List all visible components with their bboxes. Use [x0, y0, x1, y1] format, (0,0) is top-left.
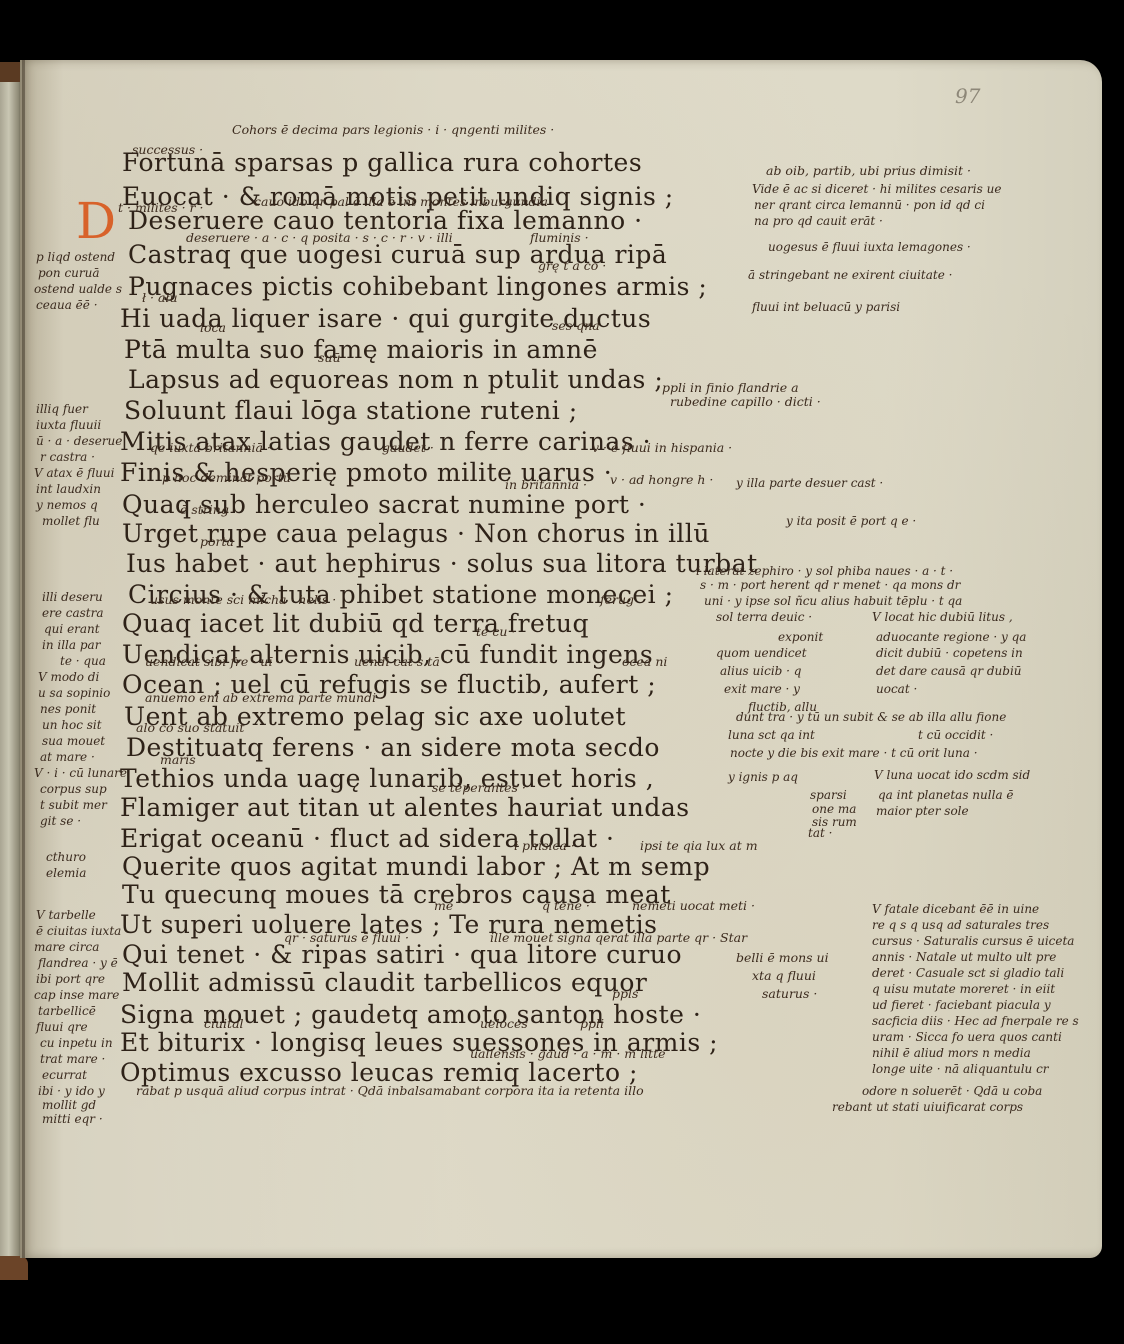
interlinear-gloss: belli ē mons ui [736, 950, 829, 965]
margin-gloss: q uisu mutate moreret · in eiit [872, 982, 1055, 996]
interlinear-gloss: loca [200, 320, 226, 335]
margin-gloss: exponit [778, 630, 823, 644]
margin-gloss: longe uite · nā aliquantulu cr [872, 1062, 1049, 1076]
margin-gloss: one ma [812, 802, 856, 816]
margin-gloss: V atax ē fluui [34, 466, 114, 480]
margin-gloss: re q s q usq ad saturales tres [872, 918, 1049, 932]
bottom-gloss-line: rabat p usquā aliud corpus intrat · Qdā … [136, 1083, 644, 1098]
interlinear-gloss: te cu · [476, 624, 515, 639]
margin-gloss: elemia [46, 866, 86, 880]
interlinear-gloss: usus monte sci micha · helis · [150, 592, 336, 607]
interlinear-gloss: se tēperantes · [432, 780, 526, 795]
margin-gloss: fluui qre [36, 1020, 88, 1034]
margin-gloss: cap inse mare [34, 988, 119, 1002]
margin-gloss: dunt tra · y tū un subit & se ab illa al… [736, 710, 1006, 724]
verse-line: Querite quos agitat mundi labor ; At m s… [122, 852, 710, 881]
folio-number: 97 [955, 84, 980, 108]
margin-gloss: dicit dubiū · copetens in [876, 646, 1023, 660]
interlinear-gloss: ocea ni [622, 654, 667, 669]
margin-gloss: mitti eqr · [42, 1112, 103, 1126]
gutter-shadow [22, 60, 25, 1258]
interlinear-gloss: qe iuxta britanniā · [150, 440, 271, 455]
interlinear-gloss: ciuital [204, 1016, 244, 1031]
margin-gloss: u sa sopinio [38, 686, 110, 700]
interlinear-gloss: cauo ido qr pal ē illa ē int montes inbu… [254, 194, 548, 209]
margin-gloss: mollet flu [42, 514, 100, 528]
margin-gloss: uocat · [876, 682, 917, 696]
margin-gloss: ā stringebant ne exirent ciuitate · [748, 268, 952, 282]
verse-line: Lapsus ad equoreas nom n ptulit undas ; [128, 365, 663, 394]
margin-gloss: ibi · y ido y [38, 1084, 105, 1098]
margin-gloss: s · m · port herent qd r menet · qa mons… [700, 578, 960, 592]
interlinear-gloss: v · ē fluui in hispania · [592, 440, 732, 455]
margin-gloss: det dare causā qr dubiū [876, 664, 1022, 678]
margin-gloss: ner qrant circa lemannū · pon id qd ci [754, 198, 985, 212]
interlinear-gloss: nemeti uocat meti · [632, 898, 755, 913]
book-binding-bottom [0, 1256, 28, 1280]
margin-gloss: t subit mer [40, 798, 107, 812]
margin-gloss: p liqd ostend [36, 250, 115, 264]
verse-line: Ius habet · aut hephirus · solus sua lit… [126, 549, 758, 578]
margin-gloss: illi deseru [42, 590, 103, 604]
margin-gloss: ostend ualde s [34, 282, 122, 296]
verse-line: Quaq iacet lit dubiū qd terra fretuq [122, 609, 589, 638]
margin-gloss: r castra · [40, 450, 95, 464]
verse-line: Ptā multa suo famę maioris in amnē [124, 335, 598, 364]
verse-line: Mollit admissū claudit tarbellicos equor [122, 968, 647, 997]
verse-line: Soluunt flaui lōga statione ruteni ; [124, 396, 578, 425]
margin-gloss: nocte y die bis exit mare · t cū orit lu… [730, 746, 978, 760]
margin-gloss: rebant ut stati uiuificarat corps [832, 1100, 1023, 1114]
margin-gloss: nihil ē aliud mors n media [872, 1046, 1031, 1060]
previous-page-edge [0, 82, 22, 1257]
interlinear-gloss: porta [200, 534, 234, 549]
margin-gloss: ū · a · deserue [36, 434, 122, 448]
margin-gloss: mare circa [34, 940, 99, 954]
margin-gloss: ł laterat zephiro · y sol phiba naues · … [696, 564, 953, 578]
interlinear-gloss: t · milites · r · [118, 200, 203, 215]
interlinear-gloss: maris [160, 752, 196, 767]
margin-gloss: cursus · Saturalis cursus ē uiceta [872, 934, 1074, 948]
margin-gloss: V modo di [38, 670, 99, 684]
margin-gloss: quom uendicet [716, 646, 807, 660]
margin-gloss: int laudxin [36, 482, 101, 496]
margin-gloss: trat mare · [40, 1052, 105, 1066]
interlinear-gloss: ab oib, partib, ubi prius dimisit · [766, 163, 971, 178]
margin-gloss: ecurrat [42, 1068, 87, 1082]
interlinear-gloss: ille mouet signa qerat illa parte qr · S… [490, 930, 747, 945]
margin-gloss: y nemos q [36, 498, 98, 512]
interlinear-gloss: xta q fluui [752, 968, 816, 983]
margin-gloss: y ita posit ē port q e · [786, 514, 916, 528]
interlinear-gloss: fluminis · [530, 230, 589, 245]
interlinear-gloss: ł phisica · [514, 838, 575, 853]
margin-gloss: uni · y ipse sol ñcu alius habuit tēplu … [704, 594, 962, 608]
margin-gloss: ē ciuitas iuxta [36, 924, 121, 938]
margin-gloss: iuxta fluuii [36, 418, 101, 432]
interlinear-gloss: p hoc deminat portū [162, 470, 291, 485]
interlinear-gloss: ppli [580, 1016, 604, 1031]
margin-gloss: mollit gd [42, 1098, 96, 1112]
interlinear-gloss: uendi cat s tā · [354, 654, 448, 669]
margin-gloss: flandrea · y ē [38, 956, 118, 970]
margin-gloss: illiq fuer [36, 402, 88, 416]
margin-gloss: cu inpetu in [40, 1036, 113, 1050]
margin-gloss: deret · Casuale sct si gladio tali [872, 966, 1064, 980]
margin-gloss: V luna uocat ido scdm sid [874, 768, 1030, 782]
interlinear-gloss: ē string [180, 502, 229, 517]
margin-gloss: ceaua ēē · [36, 298, 98, 312]
margin-gloss: tarbellicē [38, 1004, 96, 1018]
interlinear-gloss: q tene · [542, 898, 590, 913]
verse-line: Pugnaces pictis cohibebant lingones armi… [128, 272, 707, 301]
margin-gloss: t cū occidit · [918, 728, 993, 742]
interlinear-gloss: ppli in finio flandrie a [662, 380, 799, 395]
verse-line: Destituatq ferens · an sidere mota secdo [126, 733, 660, 762]
margin-gloss: pon curuā [38, 266, 100, 280]
margin-gloss: annis · Natale ut multo ult pre [872, 950, 1056, 964]
interlinear-gloss: grę t a co · [538, 258, 606, 273]
margin-gloss: odore n soluerēt · Qdā u coba [862, 1084, 1042, 1098]
interlinear-gloss: qr · saturus ē fluui · [284, 930, 409, 945]
rubricated-initial: D [76, 196, 116, 246]
interlinear-gloss: ueloces [480, 1016, 528, 1031]
margin-gloss: maior pter sole [876, 804, 969, 818]
margin-gloss: qa int planetas nulla ē [878, 788, 1014, 802]
margin-gloss: git se · [40, 814, 81, 828]
margin-gloss: cthuro [46, 850, 86, 864]
interlinear-gloss: suū [318, 350, 341, 365]
margin-gloss: te · qua [60, 654, 106, 668]
interlinear-gloss: successus · [132, 142, 203, 157]
interlinear-gloss: ses qna [552, 318, 600, 333]
margin-gloss: ibi port qre [36, 972, 105, 986]
margin-gloss: V fatale dicebant ēē in uine [872, 902, 1039, 916]
margin-gloss: V tarbelle [36, 908, 96, 922]
interlinear-gloss: alo co suo statuit [136, 720, 244, 735]
interlinear-gloss: anuemo enī ab extrema parte mundi · [145, 690, 384, 705]
margin-gloss: uram · Sicca fo uera quos canti [872, 1030, 1062, 1044]
margin-gloss: at mare · [40, 750, 95, 764]
margin-gloss: sparsi [810, 788, 847, 802]
verse-line: Flamiger aut titan ut alentes hauriat un… [120, 793, 690, 822]
interlinear-gloss: in britannia · [505, 477, 587, 492]
margin-gloss: ud fieret · faciebant piacula y [872, 998, 1051, 1012]
margin-gloss: exit mare · y [724, 682, 800, 696]
margin-gloss: tat · [808, 826, 832, 840]
interlinear-gloss: Cohors ē decima pars legionis · i · qnge… [232, 122, 554, 137]
margin-gloss: aduocante regione · y qa [876, 630, 1026, 644]
interlinear-gloss: ł · ału [142, 290, 178, 305]
margin-gloss: sol terra deuic · [716, 610, 812, 624]
interlinear-gloss: ppls [612, 986, 638, 1001]
margin-gloss: in illa par [42, 638, 100, 652]
interlinear-gloss: ipsi te qia lux at m [640, 838, 758, 853]
interlinear-gloss: v · ad hongre h · [610, 472, 713, 487]
interlinear-gloss: saturus · [762, 986, 817, 1001]
margin-gloss: y ignis p aq [728, 770, 798, 784]
verse-line: Tethios unda uagę lunarib, estuet horis … [120, 764, 654, 793]
margin-gloss: fluui int beluacū y parisi [752, 300, 900, 314]
margin-gloss: un hoc sit [42, 718, 102, 732]
interlinear-gloss: deseruere · a · c · q posita · s · c · r… [186, 230, 453, 245]
margin-gloss: Vide ē ac si diceret · hi milites cesari… [752, 182, 1001, 196]
margin-gloss: luna sct qa int [728, 728, 815, 742]
interlinear-gloss: uallensis · gaud · a · m · m litte [470, 1046, 666, 1061]
margin-gloss: alius uicib · q [720, 664, 801, 678]
margin-gloss: sua mouet [42, 734, 105, 748]
margin-gloss: qui erant [44, 622, 100, 636]
margin-gloss: y illa parte desuer cast · [736, 476, 883, 490]
margin-gloss: ere castra [42, 606, 104, 620]
interlinear-gloss: uendicat sibi fre · uī · [145, 654, 280, 669]
margin-gloss: V · i · cū lunare [34, 766, 127, 780]
interlinear-gloss: gaudet · [382, 440, 434, 455]
margin-gloss: V locat hic dubiū litus , [872, 610, 1013, 624]
margin-gloss: corpus sup [40, 782, 107, 796]
interlinear-gloss: rubedine capillo · dicti · [670, 394, 821, 409]
interlinear-gloss: me [434, 898, 453, 913]
margin-gloss: uogesus ē fluui iuxta lemagones · [768, 240, 971, 254]
margin-gloss: sacficia diis · Hec ad fnerpale re s [872, 1014, 1079, 1028]
margin-gloss: na pro qd cauit erāt · [754, 214, 883, 228]
interlinear-gloss: ferug [600, 592, 634, 607]
margin-gloss: nes ponit [40, 702, 96, 716]
